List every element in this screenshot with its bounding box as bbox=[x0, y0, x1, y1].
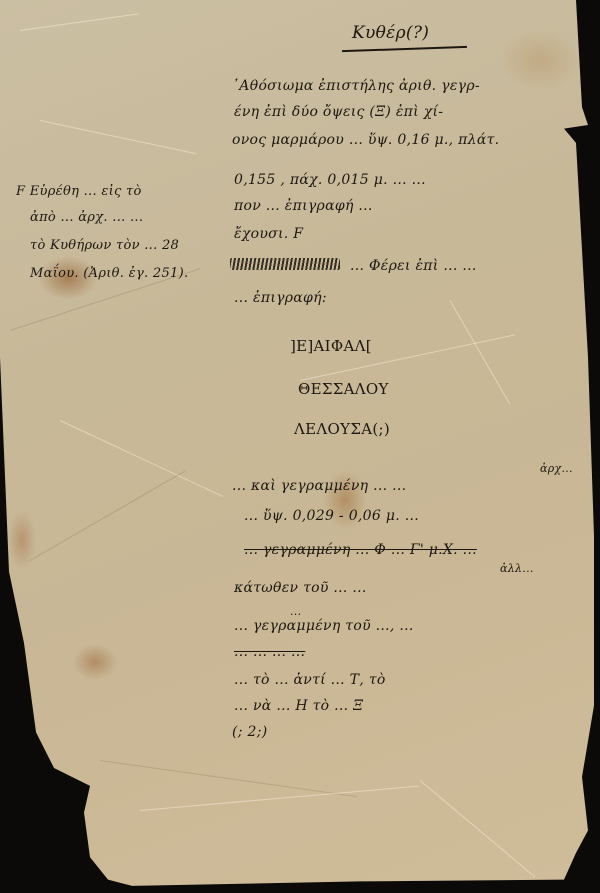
text-line: ένη ἐπὶ δύο ὄψεις (Ξ) ἐπὶ χί- bbox=[234, 104, 443, 120]
text-line: ... γεγραμμένη ... Φ ... Γ' μ.Χ. ... bbox=[244, 542, 477, 558]
text-line: ... τὸ ... ἀντί ... Τ, τὸ bbox=[234, 672, 386, 688]
text-line: ... ... ... ... bbox=[234, 644, 305, 660]
text-line: ... ὕψ. 0,029 - 0,06 μ. ... bbox=[244, 508, 419, 524]
interlinear-note: ἀλλ... bbox=[500, 562, 534, 575]
crossed-out-word bbox=[230, 258, 340, 270]
text-line: ... καὶ γεγραμμένη ... ... bbox=[232, 478, 406, 494]
inscription-line: ΛΕΛΟΥΣΑ(;) bbox=[294, 420, 390, 438]
text-line: ... Φέρει ἐπὶ ... ... bbox=[350, 258, 477, 274]
text-line: ... ἐπιγραφή: bbox=[234, 290, 327, 306]
margin-note-line: Μαΐου. (Ἀριθ. ἐγ. 251). bbox=[30, 266, 188, 281]
interlinear-note: ... bbox=[290, 605, 301, 618]
text-line: ᾿Αθόσιωμα ἐπιστήλης ἀριθ. γεγρ- bbox=[232, 78, 480, 94]
text-line: ἔχουσι. F bbox=[234, 226, 303, 242]
text-line: ονος μαρμάρου ... ὕψ. 0,16 μ., πλάτ. bbox=[232, 132, 499, 148]
margin-note-line: τὸ Κυθήρων τὸν ... 28 bbox=[30, 238, 179, 253]
text-line: ... γεγραμμένη τοῦ ..., ... bbox=[234, 618, 414, 634]
text-line: ... νὰ ... Η τὸ ... Ξ bbox=[234, 698, 363, 714]
interlinear-note: ἀρχ... bbox=[540, 462, 573, 475]
inscription-line: ]Ε]ΑΙΦΑΛ[ bbox=[290, 337, 372, 355]
text-line: πον ... ἐπιγραφή ... bbox=[234, 198, 373, 214]
margin-note-line: ἀπὸ ... ἀρχ. ... ... bbox=[30, 210, 143, 225]
text-line: κάτωθεν τοῦ ... ... bbox=[234, 580, 367, 596]
inscription-line: ΘΕΣΣΑΛΟΥ bbox=[298, 380, 389, 398]
margin-note-line: F Εὑρέθη ... εἰς τὸ bbox=[16, 184, 142, 199]
page-title: Κυθέρ(?) bbox=[352, 23, 429, 43]
text-line: 0,155 , πάχ. 0,015 μ. ... ... bbox=[234, 172, 426, 188]
text-line: (; 2;) bbox=[232, 724, 268, 740]
